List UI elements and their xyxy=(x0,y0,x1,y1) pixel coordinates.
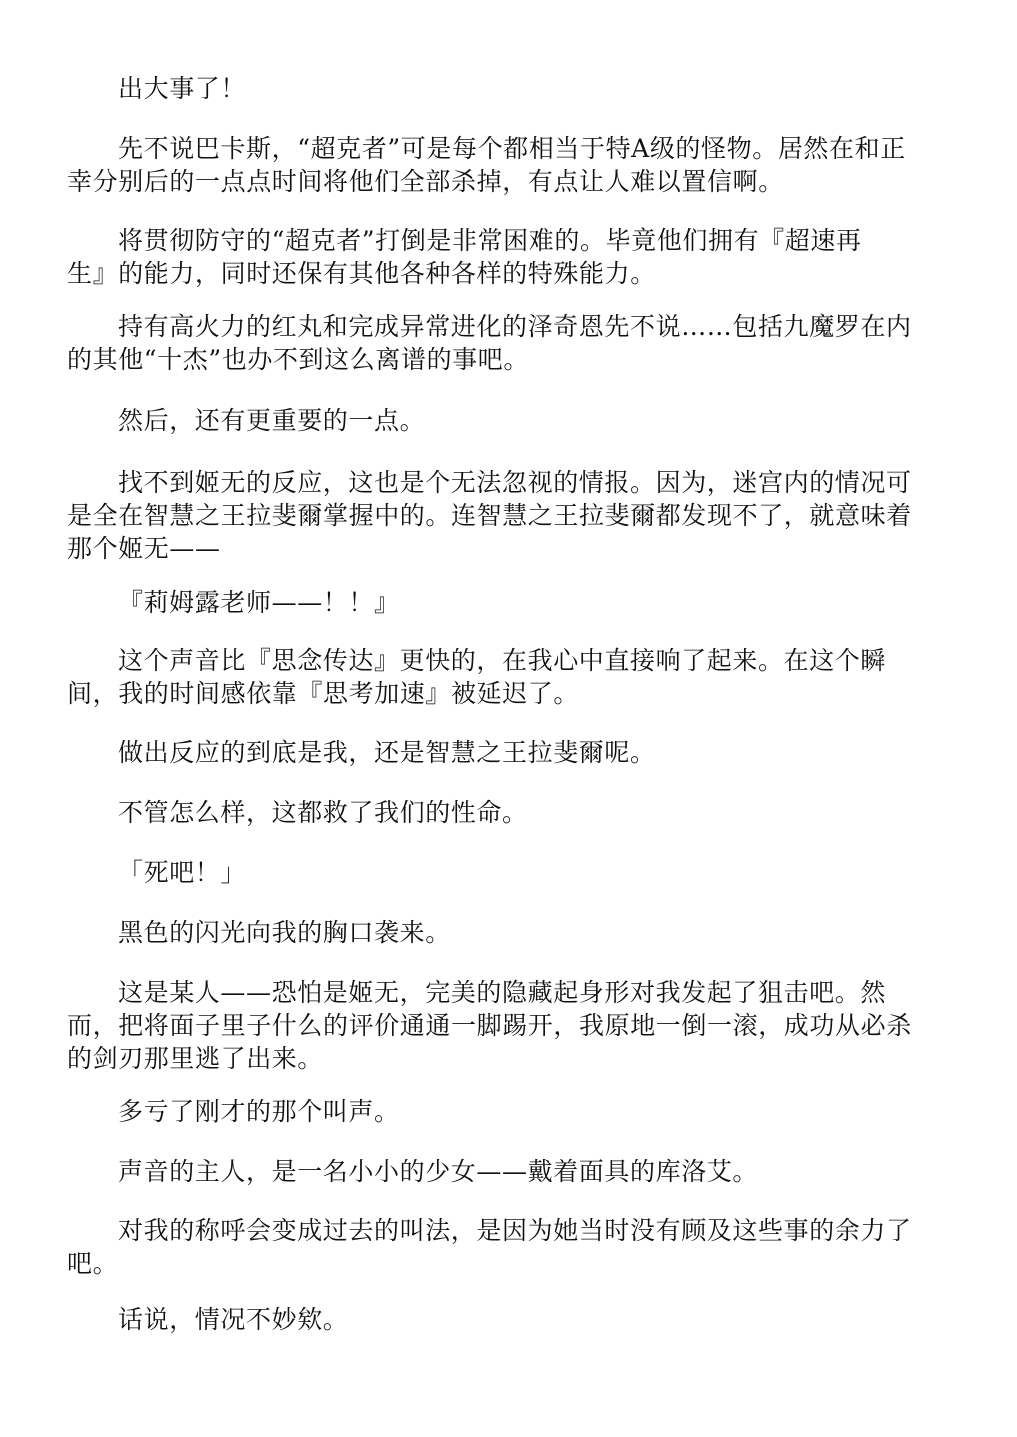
text-line: 那个姬无—— xyxy=(67,532,947,565)
text-line: 声音的主人，是一名小小的少女——戴着面具的库洛艾。 xyxy=(67,1155,947,1188)
paragraph: 这个声音比『思念传达』更快的，在我心中直接响了起来。在这个瞬 间，我的时间感依靠… xyxy=(67,644,947,710)
paragraph: 先不说巴卡斯，“超克者”可是每个都相当于特A级的怪物。居然在和正 幸分别后的一点… xyxy=(67,132,947,198)
text-line: 对我的称呼会变成过去的叫法，是因为她当时没有顾及这些事的余力了 xyxy=(67,1214,947,1247)
paragraph: 声音的主人，是一名小小的少女——戴着面具的库洛艾。 xyxy=(67,1155,947,1188)
text-line: 先不说巴卡斯，“超克者”可是每个都相当于特A级的怪物。居然在和正 xyxy=(67,132,947,165)
paragraph: 持有高火力的红丸和完成异常进化的泽奇恩先不说……包括九魔罗在内 的其他“十杰”也… xyxy=(67,310,947,376)
paragraph: 这是某人——恐怕是姬无，完美的隐藏起身形对我发起了狙击吧。然 而，把将面子里子什… xyxy=(67,976,947,1075)
text-line: 话说，情况不妙欸。 xyxy=(67,1303,947,1336)
paragraph: 「死吧！」 xyxy=(67,856,947,889)
text-line: 的剑刃那里逃了出来。 xyxy=(67,1042,947,1075)
text-line: 将贯彻防守的“超克者”打倒是非常困难的。毕竟他们拥有『超速再 xyxy=(67,224,947,257)
text-line: 『莉姆露老师——！！』 xyxy=(67,586,947,619)
text-line: 是全在智慧之王拉斐爾掌握中的。连智慧之王拉斐爾都发现不了，就意味着 xyxy=(67,499,947,532)
paragraph: 然后，还有更重要的一点。 xyxy=(67,404,947,437)
paragraph: 找不到姬无的反应，这也是个无法忽视的情报。因为，迷宫内的情况可 是全在智慧之王拉… xyxy=(67,466,947,565)
text-line: 吧。 xyxy=(67,1247,947,1280)
paragraph: 话说，情况不妙欸。 xyxy=(67,1303,947,1336)
text-line: 黑色的闪光向我的胸口袭来。 xyxy=(67,916,947,949)
text-line: 找不到姬无的反应，这也是个无法忽视的情报。因为，迷宫内的情况可 xyxy=(67,466,947,499)
text-line: 这个声音比『思念传达』更快的，在我心中直接响了起来。在这个瞬 xyxy=(67,644,947,677)
text-line: 做出反应的到底是我，还是智慧之王拉斐爾呢。 xyxy=(67,736,947,769)
text-line: 的其他“十杰”也办不到这么离谱的事吧。 xyxy=(67,343,947,376)
paragraph: 不管怎么样，这都救了我们的性命。 xyxy=(67,796,947,829)
text-line: 不管怎么样，这都救了我们的性命。 xyxy=(67,796,947,829)
text-line: 而，把将面子里子什么的评价通通一脚踢开，我原地一倒一滚，成功从必杀 xyxy=(67,1009,947,1042)
text-line: 「死吧！」 xyxy=(67,856,947,889)
paragraph: 多亏了刚才的那个叫声。 xyxy=(67,1095,947,1128)
paragraph: 做出反应的到底是我，还是智慧之王拉斐爾呢。 xyxy=(67,736,947,769)
text-line: 间，我的时间感依靠『思考加速』被延迟了。 xyxy=(67,677,947,710)
text-line: 出大事了！ xyxy=(67,72,947,105)
paragraph: 『莉姆露老师——！！』 xyxy=(67,586,947,619)
text-line: 持有高火力的红丸和完成异常进化的泽奇恩先不说……包括九魔罗在内 xyxy=(67,310,947,343)
text-line: 然后，还有更重要的一点。 xyxy=(67,404,947,437)
paragraph: 对我的称呼会变成过去的叫法，是因为她当时没有顾及这些事的余力了 吧。 xyxy=(67,1214,947,1280)
text-line: 这是某人——恐怕是姬无，完美的隐藏起身形对我发起了狙击吧。然 xyxy=(67,976,947,1009)
paragraph: 将贯彻防守的“超克者”打倒是非常困难的。毕竟他们拥有『超速再 生』的能力，同时还… xyxy=(67,224,947,290)
text-line: 生』的能力，同时还保有其他各种各样的特殊能力。 xyxy=(67,257,947,290)
text-line: 多亏了刚才的那个叫声。 xyxy=(67,1095,947,1128)
paragraph: 出大事了！ xyxy=(67,72,947,105)
paragraph: 黑色的闪光向我的胸口袭来。 xyxy=(67,916,947,949)
text-line: 幸分别后的一点点时间将他们全部杀掉，有点让人难以置信啊。 xyxy=(67,165,947,198)
